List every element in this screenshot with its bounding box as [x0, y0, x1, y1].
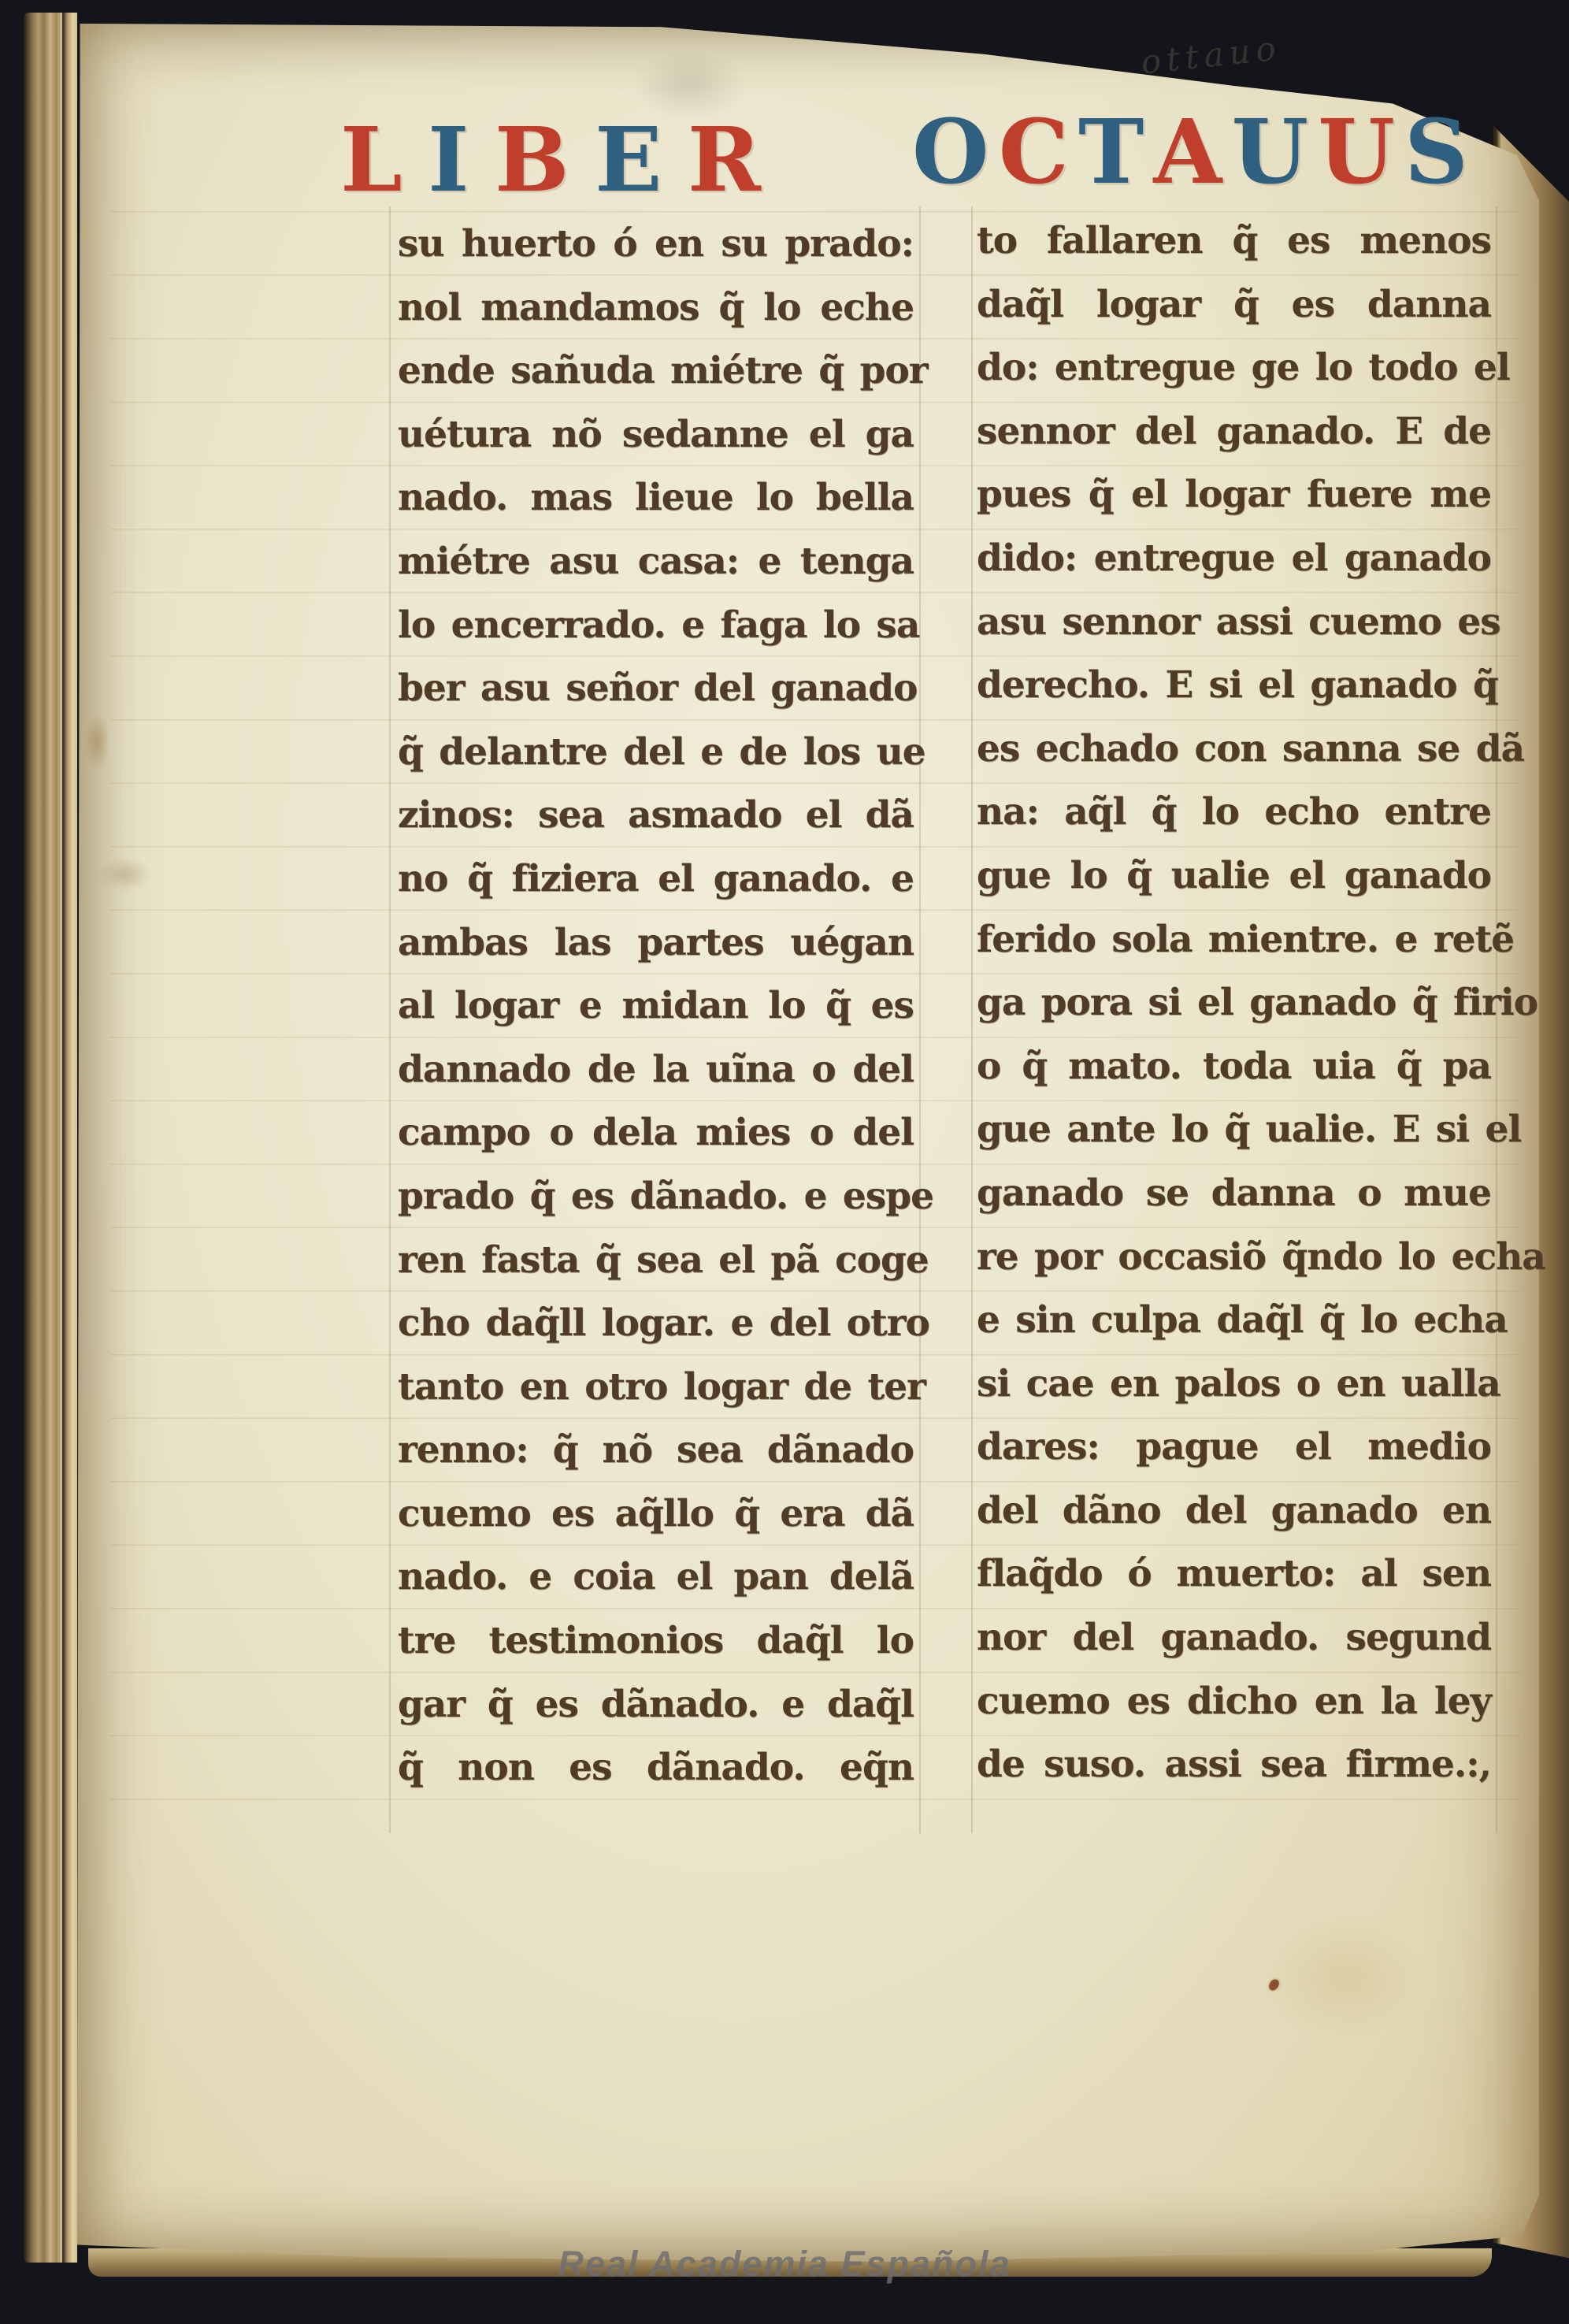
manuscript-line: gue lo q̃ ualie el ganado	[977, 845, 1491, 908]
manuscript-line: ren fasta q̃ sea el pã coge	[398, 1229, 914, 1293]
rubricated-letter: U	[1318, 99, 1395, 206]
manuscript-line: cuemo es aq̃llo q̃ era dã	[398, 1483, 914, 1546]
column-guide-line	[971, 206, 973, 1833]
manuscript-line: zinos: sea asmado el dã	[398, 784, 914, 848]
text-column-right: to fallaren q̃ es menos daq̃l logar q̃ e…	[977, 210, 1491, 1797]
manuscript-line: to fallaren q̃ es menos	[977, 210, 1491, 273]
manuscript-line: nado. e coia el pan delã	[398, 1546, 914, 1609]
running-title-liber: L I B E R	[340, 107, 761, 213]
manuscript-line: pues q̃ el logar fuere me	[977, 463, 1491, 527]
manuscript-line: sennor del ganado. E de	[977, 400, 1491, 464]
manuscript-line: asu sennor assi cuemo es	[977, 591, 1491, 655]
manuscript-line: su huerto ó en su prado:	[398, 213, 914, 277]
manuscript-line: al logar e midan lo q̃ es	[398, 975, 914, 1038]
rubricated-letter: L	[340, 107, 402, 213]
manuscript-line: renno: q̃ nõ sea dãnado	[398, 1419, 914, 1483]
manuscript-line: nado. mas lieue lo bella	[398, 466, 914, 530]
manuscript-line: ga pora si el ganado q̃ firio	[977, 971, 1491, 1035]
manuscript-line: dannado de la uĩna o del	[398, 1038, 914, 1102]
column-guide-line	[919, 206, 921, 1833]
manuscript-line: o q̃ mato. toda uia q̃ pa	[977, 1035, 1491, 1099]
rubricated-letter: O	[912, 99, 989, 206]
manuscript-line: ambas las partes uégan	[398, 911, 914, 975]
rubricated-letter: E	[595, 107, 662, 213]
manuscript-line: ganado se danna o mue	[977, 1162, 1491, 1226]
rubricated-letter: S	[1404, 99, 1468, 206]
text-column-left: su huerto ó en su prado: nol mandamos q̃…	[398, 213, 914, 1800]
rubricated-letter: T	[1078, 99, 1144, 206]
manuscript-line: no q̃ fiziera el ganado. e	[398, 848, 914, 911]
manuscript-line: miétre asu casa: e tenga	[398, 530, 914, 594]
manuscript-line: ferido sola mientre. e retẽ	[977, 908, 1491, 972]
manuscript-line: nol mandamos q̃ lo eche	[398, 277, 914, 340]
manuscript-line: del dãno del ganado en	[977, 1479, 1491, 1543]
rubricated-letter: B	[495, 107, 569, 213]
rubricated-letter: R	[688, 107, 761, 213]
manuscript-line: ende sañuda miétre q̃ por	[398, 340, 914, 403]
manuscript-line: campo o dela mies o del	[398, 1101, 914, 1165]
rubricated-letter: U	[1231, 99, 1308, 206]
manuscript-line: q̃ delantre del e de los ue	[398, 721, 914, 785]
manuscript-line: re por occasiõ q̃ndo lo echa	[977, 1226, 1491, 1290]
manuscript-line: es echado con sanna se dã	[977, 718, 1491, 781]
manuscript-line: ber asu señor del ganado	[398, 657, 914, 721]
manuscript-photo: L I B E R O C T A U U S su huerto ó en s…	[0, 0, 1569, 2324]
rubricated-letter: I	[428, 107, 469, 213]
watermark-text: Real Academia Española	[0, 2244, 1569, 2285]
manuscript-line: na: aq̃l q̃ lo echo entre	[977, 781, 1491, 845]
manuscript-line: q̃ non es dãnado. eq̃n	[398, 1736, 914, 1800]
manuscript-line: cho daq̃ll logar. e del otro	[398, 1292, 914, 1356]
manuscript-line: tre testimonios daq̃l lo	[398, 1609, 914, 1673]
manuscript-line: de suso. assi sea firme.:,	[977, 1733, 1491, 1797]
rubricated-letter: A	[1153, 99, 1222, 206]
manuscript-line: dido: entregue el ganado	[977, 527, 1491, 591]
running-title-octauus: O C T A U U S	[912, 99, 1468, 206]
manuscript-line: gar q̃ es dãnado. e daq̃l	[398, 1673, 914, 1737]
manuscript-line: nor del ganado. segund	[977, 1606, 1491, 1670]
manuscript-line: e sin culpa daq̃l q̃ lo echa	[977, 1289, 1491, 1353]
manuscript-line: lo encerrado. e faga lo sa	[398, 594, 914, 658]
manuscript-line: dares: pague el medio	[977, 1416, 1491, 1479]
column-guide-line	[389, 206, 391, 1833]
manuscript-line: cuemo es dicho en la ley	[977, 1670, 1491, 1734]
manuscript-line: daq̃l logar q̃ es danna	[977, 273, 1491, 337]
manuscript-line: derecho. E si el ganado q̃	[977, 654, 1491, 718]
manuscript-line: flaq̃do ó muerto: al sen	[977, 1543, 1491, 1606]
gutter-page-edges	[24, 13, 77, 2263]
manuscript-line: tanto en otro logar de ter	[398, 1356, 914, 1420]
rubricated-letter: C	[999, 99, 1069, 206]
manuscript-line: do: entregue ge lo todo el	[977, 336, 1491, 400]
corner-annotation: ottauo	[1139, 17, 1393, 81]
manuscript-line: uétura nõ sedanne el ga	[398, 403, 914, 467]
manuscript-line: prado q̃ es dãnado. e espe	[398, 1165, 914, 1229]
manuscript-line: si cae en palos o en ualla	[977, 1353, 1491, 1416]
manuscript-line: gue ante lo q̃ ualie. E si el	[977, 1098, 1491, 1162]
